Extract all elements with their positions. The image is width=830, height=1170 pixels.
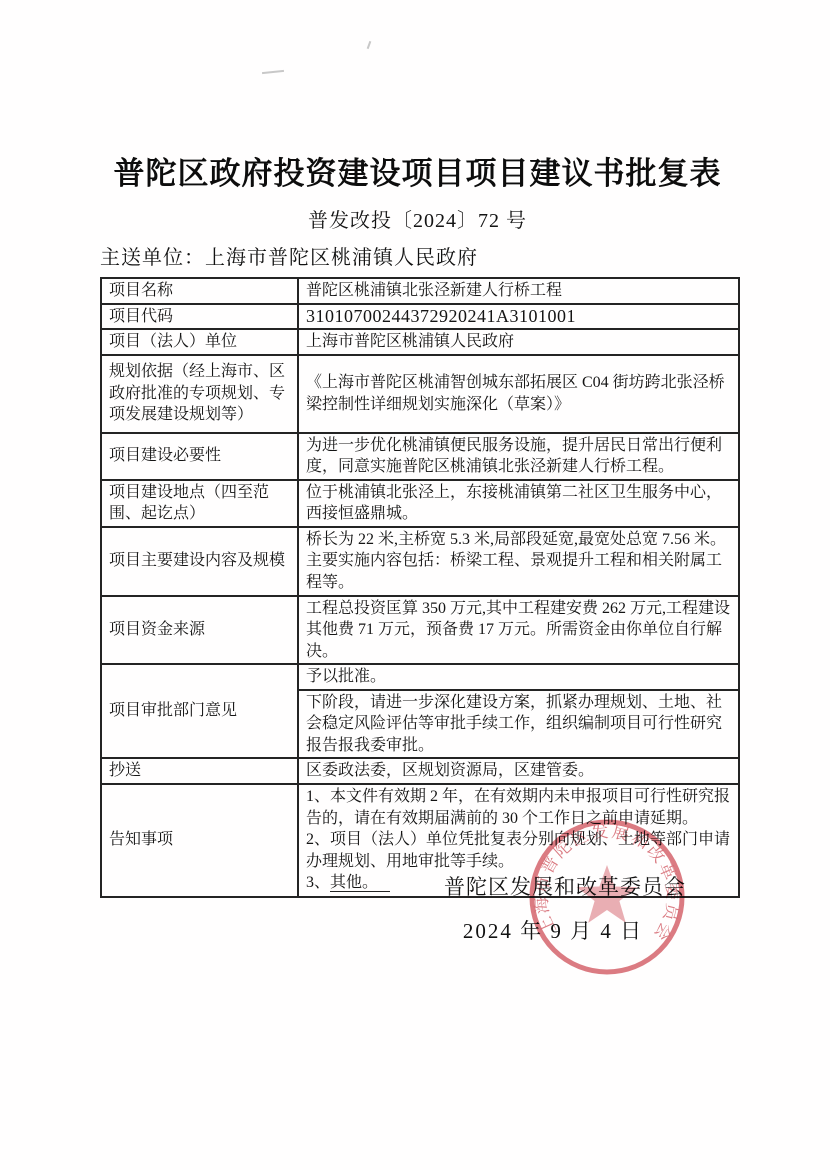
table-row-approval-decision: 项目审批部门意见 予以批准。	[101, 664, 739, 690]
page-title: 普陀区政府投资建设项目项目建议书批复表	[100, 148, 735, 193]
approval-decision: 予以批准。	[298, 664, 739, 690]
table-row: 项目建设必要性 为进一步优化桃浦镇便民服务设施，提升居民日常出行便利度，同意实施…	[101, 433, 739, 480]
field-label: 项目建设地点（四至范围、起讫点）	[101, 480, 298, 527]
field-value: 上海市普陀区桃浦镇人民政府	[298, 329, 739, 355]
table-row: 项目建设地点（四至范围、起讫点） 位于桃浦镇北张泾上，东接桃浦镇第二社区卫生服务…	[101, 480, 739, 527]
recipient-line: 主送单位：上海市普陀区桃浦镇人民政府	[100, 241, 740, 270]
approval-instructions: 下阶段，请进一步深化建设方案，抓紧办理规划、土地、社会稳定风险评估等审批手续工作…	[298, 690, 739, 759]
field-label: 项目（法人）单位	[101, 329, 298, 355]
official-seal: 上海市普陀区发展和改革委员会	[521, 811, 693, 983]
scan-artifact	[367, 41, 372, 49]
field-value: 桥长为 22 米,主桥宽 5.3 米,局部段延宽,最宽处总宽 7.56 米。主要…	[298, 527, 739, 596]
field-label: 项目资金来源	[101, 596, 298, 665]
field-label: 规划依据（经上海市、区政府批准的专项规划、专项发展建设规划等）	[101, 355, 298, 433]
field-label: 项目审批部门意见	[101, 664, 298, 758]
field-label: 抄送	[101, 758, 298, 784]
table-row: 项目代码 31010700244372920241A3101001	[101, 304, 739, 330]
table-row: 项目名称 普陀区桃浦镇北张泾新建人行桥工程	[101, 278, 739, 304]
table-row: 规划依据（经上海市、区政府批准的专项规划、专项发展建设规划等） 《上海市普陀区桃…	[101, 355, 739, 433]
field-value: 为进一步优化桃浦镇便民服务设施，提升居民日常出行便利度，同意实施普陀区桃浦镇北张…	[298, 433, 739, 480]
field-label: 告知事项	[101, 784, 298, 897]
table-row: 项目主要建设内容及规模 桥长为 22 米,主桥宽 5.3 米,局部段延宽,最宽处…	[101, 527, 739, 596]
scanned-approval-document: 普陀区政府投资建设项目项目建议书批复表 普发改投〔2024〕72 号 主送单位：…	[0, 0, 830, 1170]
field-value: 工程总投资匡算 350 万元,其中工程建安费 262 万元,工程建设其他费 71…	[298, 596, 739, 665]
field-label: 项目名称	[101, 278, 298, 304]
table-row: 抄送 区委政法委，区规划资源局，区建管委。	[101, 758, 739, 784]
scan-artifact	[262, 70, 284, 74]
note-item-underlined: 其他。	[330, 874, 390, 892]
table-row: 项目资金来源 工程总投资匡算 350 万元,其中工程建安费 262 万元,工程建…	[101, 596, 739, 665]
field-value: 普陀区桃浦镇北张泾新建人行桥工程	[298, 278, 739, 304]
field-value: 区委政法委，区规划资源局，区建管委。	[298, 758, 739, 784]
field-label: 项目建设必要性	[101, 433, 298, 480]
field-label: 项目主要建设内容及规模	[101, 527, 298, 596]
field-value: 《上海市普陀区桃浦智创城东部拓展区 C04 街坊跨北张泾桥梁控制性详细规划实施深…	[298, 355, 739, 433]
document-number: 普发改投〔2024〕72 号	[100, 204, 735, 233]
field-value: 31010700244372920241A3101001	[298, 304, 739, 330]
seal-star-icon	[577, 865, 638, 923]
approval-form-table: 项目名称 普陀区桃浦镇北张泾新建人行桥工程 项目代码 3101070024437…	[100, 277, 740, 898]
field-label: 项目代码	[101, 304, 298, 330]
field-value: 位于桃浦镇北张泾上，东接桃浦镇第二社区卫生服务中心，西接恒盛鼎城。	[298, 480, 739, 527]
note-item-prefix: 3、	[306, 874, 330, 891]
table-row: 项目（法人）单位 上海市普陀区桃浦镇人民政府	[101, 329, 739, 355]
